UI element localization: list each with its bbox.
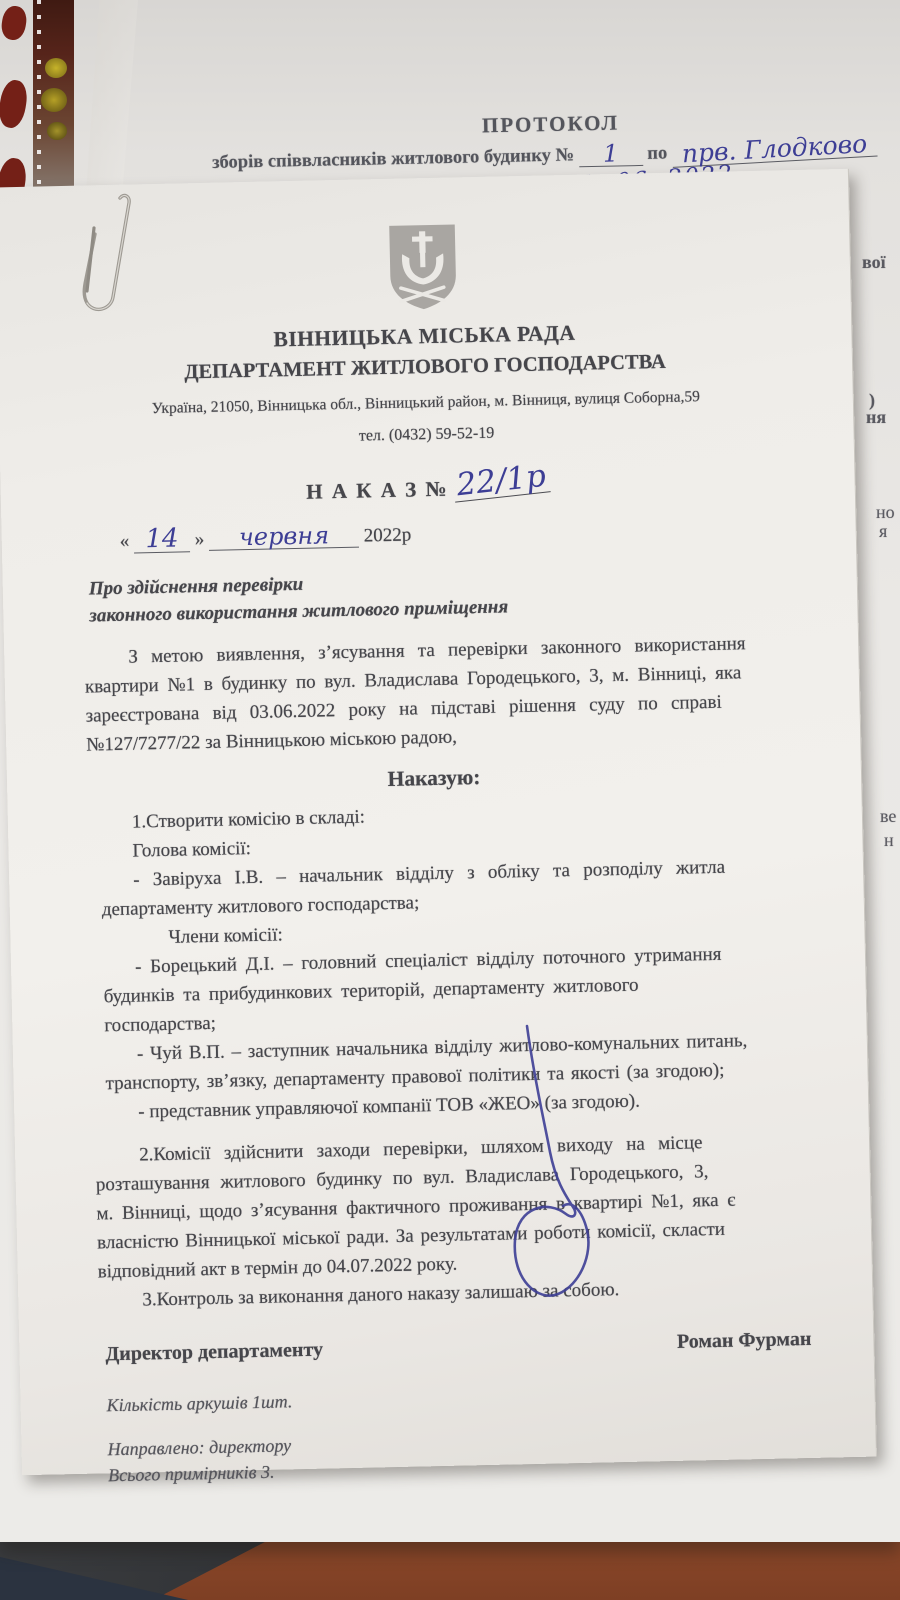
subject-block: Про здійснення перевірки законного викор… [3, 559, 858, 632]
backsheet-text-fragment: я [879, 521, 887, 542]
backsheet-text-fragment: ня [866, 407, 886, 428]
protocol-title: ПРОТОКОЛ [482, 111, 620, 139]
punched-hole [0, 4, 29, 41]
order-date-row: « 14 » червня 2022р [1, 510, 855, 556]
commission-block: 1.Створити комісію в складі: Голова комі… [8, 792, 869, 1130]
punched-hole [0, 78, 30, 129]
note-sheets-count: Кількість аркушів 1шт. [20, 1376, 874, 1421]
director-title: Директор департаменту [105, 1339, 323, 1367]
quote-open: « [120, 531, 130, 552]
paragraph-1: З метою виявлення, з’ясування та перевір… [4, 627, 860, 762]
backsheet-text-fragment: ве [880, 806, 896, 827]
backsheet-text-fragment: но [876, 502, 895, 523]
date-year: 2022р [364, 524, 412, 546]
backsheet-text-fragment: н [884, 830, 894, 851]
vinnytsia-coat-of-arms-icon [388, 223, 458, 310]
protocol-line2-text: зборів співвласників житлового будинку № [212, 145, 574, 173]
order-label: Н А К А З № [306, 477, 449, 504]
handwritten-order-number: 22/1р [451, 460, 550, 502]
protocol-line2-po: по [647, 143, 667, 163]
photo-detail [41, 88, 67, 112]
photo-of-document: ПРОТОКОЛ зборів співвласників житлового … [0, 0, 900, 1600]
order-document-sheet: ВІННИЦЬКА МІСЬКА РАДА ДЕПАРТАМЕНТ ЖИТЛОВ… [0, 169, 877, 1475]
handwritten-month: червня [209, 523, 360, 551]
handwritten-day: 14 [134, 525, 191, 553]
handwritten-building-number: 1 [578, 141, 643, 167]
order-number-row: Н А К А З № 22/1р [0, 462, 854, 513]
signature-row: Директор департаменту Роман Фурман [19, 1327, 873, 1369]
photo-detail [47, 122, 67, 140]
quote-close: » [195, 529, 205, 550]
director-name: Роман Фурман [677, 1328, 812, 1354]
paragraph-2: 2.Комісії здійснити заходи перевірки, шл… [15, 1125, 873, 1318]
photo-detail [45, 58, 67, 78]
emblem-area [0, 169, 851, 326]
order-content: ВІННИЦЬКА МІСЬКА РАДА ДЕПАРТАМЕНТ ЖИТЛОВ… [0, 169, 876, 1475]
backsheet-text-fragment: вої [862, 252, 886, 273]
